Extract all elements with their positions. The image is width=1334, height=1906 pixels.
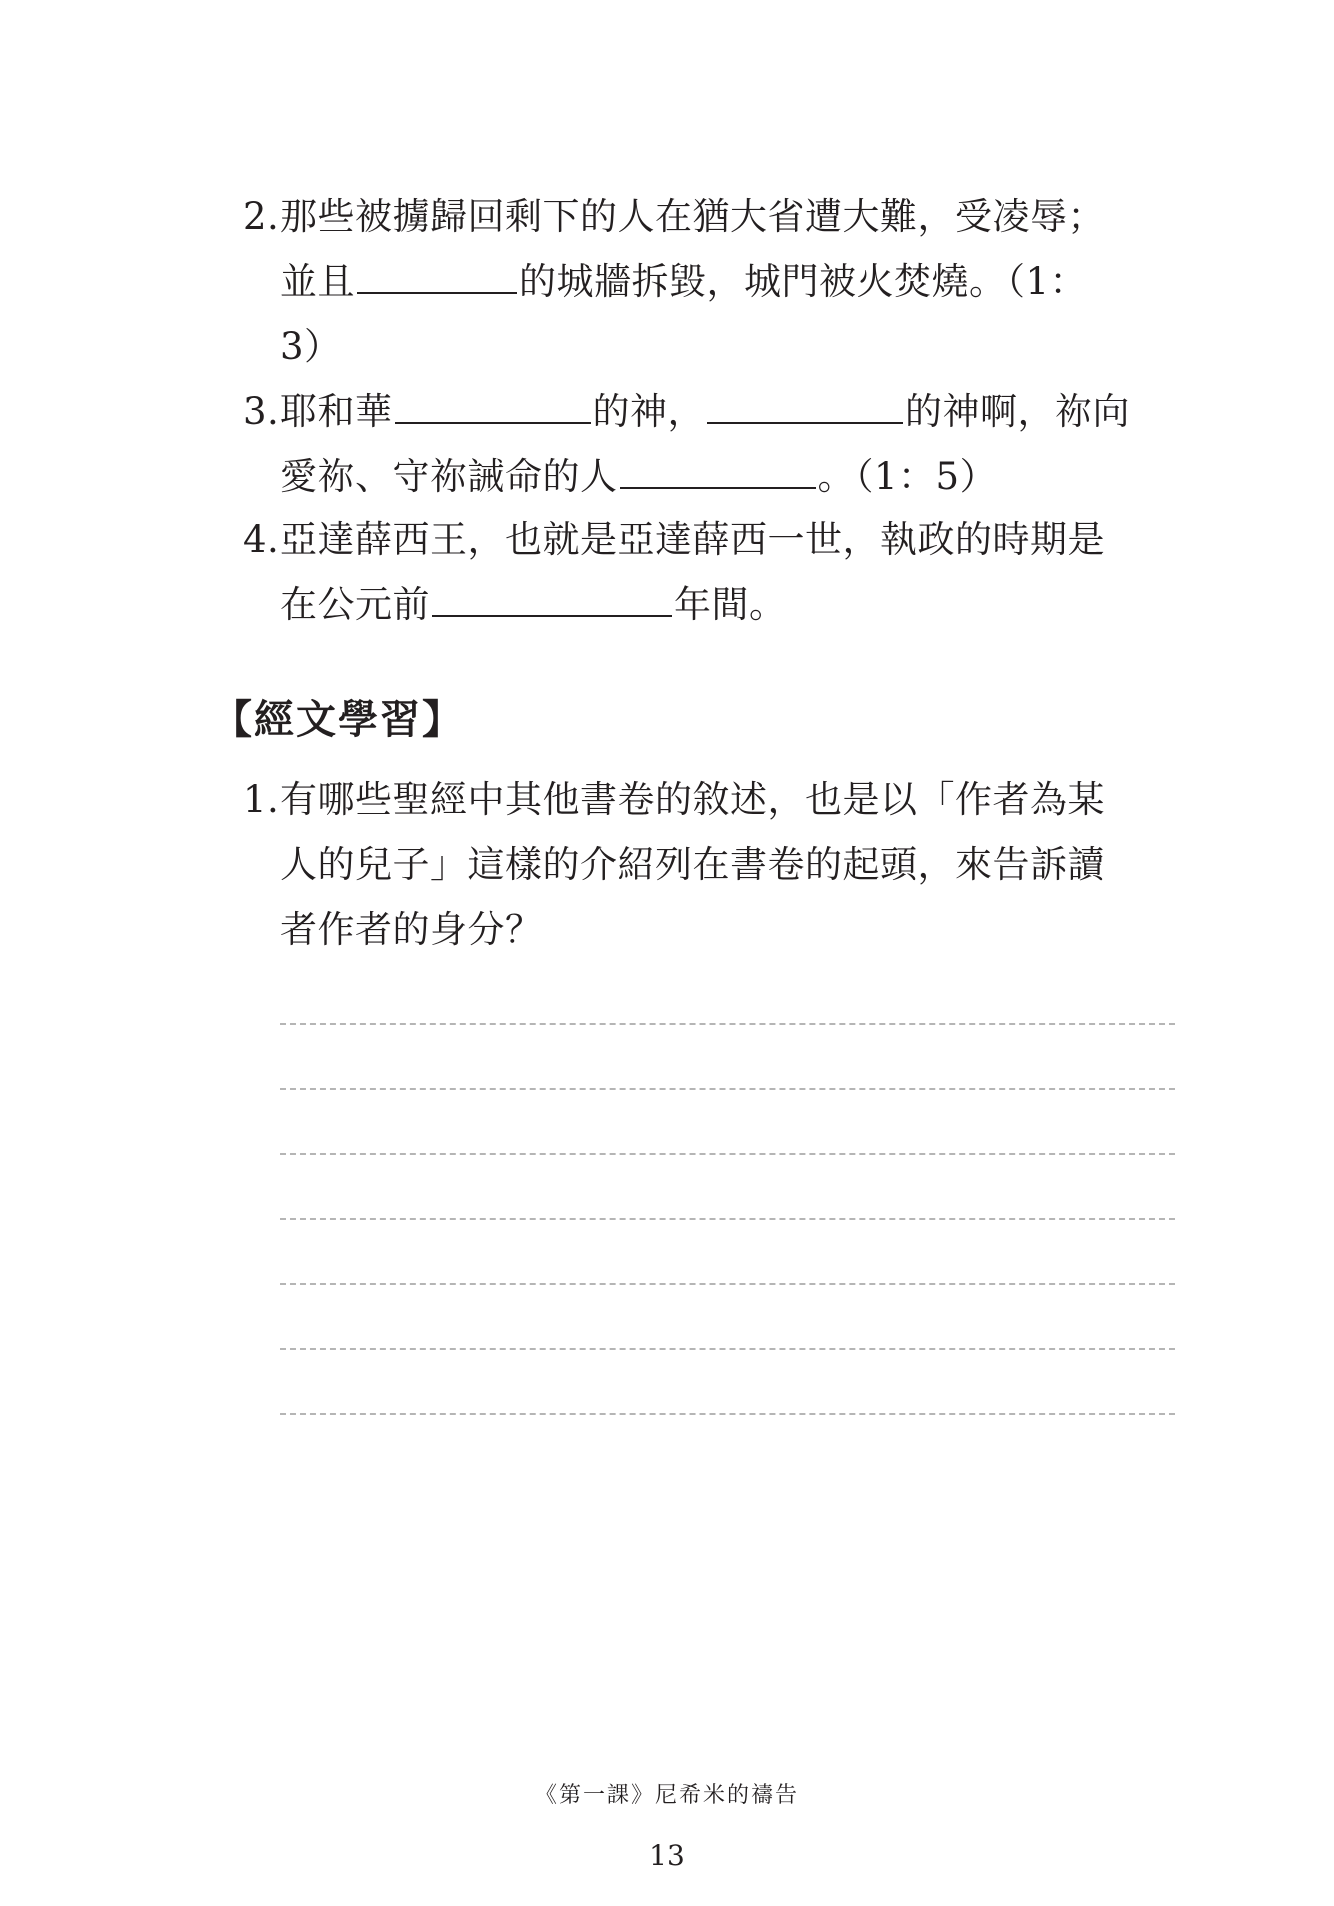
question-text: 3） <box>280 325 342 368</box>
answer-blank[interactable] <box>620 457 816 489</box>
question-text: 。（1：5） <box>818 455 998 498</box>
answer-blank[interactable] <box>432 585 672 617</box>
answer-blank[interactable] <box>395 392 591 424</box>
question-text: 人的兒子」這樣的介紹列在書卷的起頭，來告訴讀 <box>280 843 1105 886</box>
question-text: 並且 <box>280 260 355 303</box>
question-text: 的神啊，祢向 <box>905 390 1130 433</box>
answer-line[interactable] <box>280 1218 1175 1220</box>
question-text: 在公元前 <box>280 583 430 626</box>
question-line: 4.亞達薛西王，也就是亞達薛西一世，執政的時期是 <box>243 508 1105 572</box>
question-text: 亞達薛西王，也就是亞達薛西一世，執政的時期是 <box>280 518 1105 561</box>
answer-line[interactable] <box>280 1413 1175 1415</box>
answer-line[interactable] <box>280 1348 1175 1350</box>
question-text: 愛祢、守祢誡命的人 <box>280 455 618 498</box>
footer-lesson-title: 《第一課》尼希米的禱告 <box>0 1780 1334 1812</box>
question-line: 者作者的身分？ <box>280 898 543 962</box>
answer-line[interactable] <box>280 1283 1175 1285</box>
question-line: 在公元前年間。 <box>280 573 787 637</box>
question-number: 1. <box>243 768 280 832</box>
question-text: 那些被擄歸回剩下的人在猶大省遭大難，受凌辱； <box>280 195 1105 238</box>
question-line: 3.耶和華的神，的神啊，祢向 <box>243 380 1130 444</box>
question-text: 年間。 <box>674 583 787 626</box>
question-line: 愛祢、守祢誡命的人。（1：5） <box>280 445 997 509</box>
question-number: 4. <box>243 508 280 572</box>
answer-line[interactable] <box>280 1153 1175 1155</box>
answer-line[interactable] <box>280 1088 1175 1090</box>
section-heading: 【經文學習】 <box>212 690 464 750</box>
question-number: 2. <box>243 185 280 249</box>
answer-blank[interactable] <box>707 392 903 424</box>
question-text: 者作者的身分？ <box>280 908 543 951</box>
question-text: 有哪些聖經中其他書卷的敘述，也是以「作者為某 <box>280 778 1105 821</box>
question-text: 的城牆拆毀，城門被火焚燒。（1： <box>519 260 1087 303</box>
answer-line[interactable] <box>280 1023 1175 1025</box>
page-number: 13 <box>0 1836 1334 1876</box>
question-line: 1.有哪些聖經中其他書卷的敘述，也是以「作者為某 <box>243 768 1105 832</box>
question-line: 人的兒子」這樣的介紹列在書卷的起頭，來告訴讀 <box>280 833 1105 897</box>
answer-blank[interactable] <box>357 262 517 294</box>
question-line: 2.那些被擄歸回剩下的人在猶大省遭大難，受凌辱； <box>243 185 1105 249</box>
question-line: 3） <box>280 315 342 379</box>
question-number: 3. <box>243 380 280 444</box>
question-text: 耶和華 <box>280 390 393 433</box>
question-line: 並且的城牆拆毀，城門被火焚燒。（1： <box>280 250 1087 314</box>
question-text: 的神， <box>593 390 706 433</box>
